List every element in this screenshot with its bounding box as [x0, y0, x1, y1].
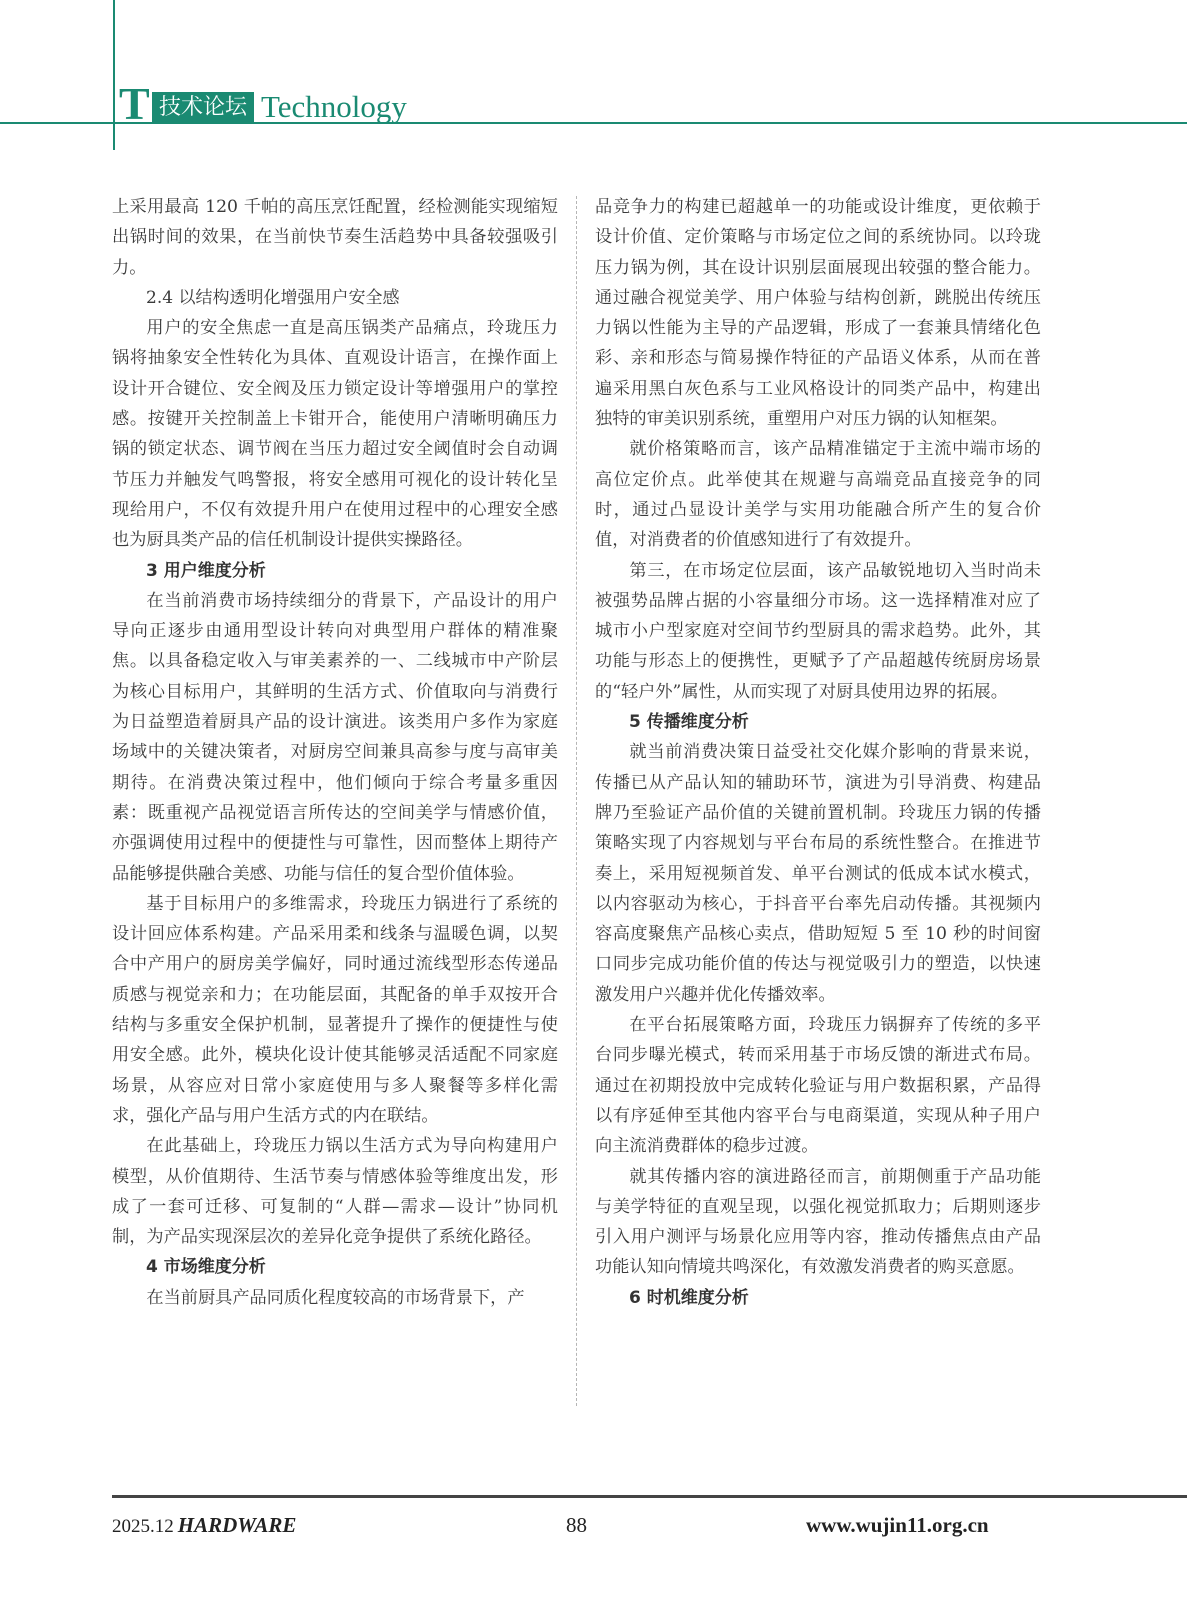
paragraph: 就其传播内容的演进路径而言，前期侧重于产品功能与美学特征的直观呈现，以强化视觉抓…	[595, 1162, 1041, 1283]
paragraph: 就当前消费决策日益受社交化媒介影响的背景来说，传播已从产品认知的辅助环节，演进为…	[595, 737, 1041, 1010]
paragraph: 在平台拓展策略方面，玲珑压力锅摒弃了传统的多平台同步曝光模式，转而采用基于市场反…	[595, 1010, 1041, 1161]
column-logo-letter: T	[119, 84, 150, 124]
issue-date: 2025.12	[112, 1516, 174, 1537]
paragraph: 在此基础上，玲珑压力锅以生活方式为导向构建用户模型，从价值期待、生活节奏与情感体…	[112, 1131, 558, 1252]
column-divider	[576, 196, 577, 1406]
footer-rule	[112, 1495, 1187, 1498]
paragraph: 在当前厨具产品同质化程度较高的市场背景下，产	[112, 1283, 558, 1313]
subsection-heading: 2.4 以结构透明化增强用户安全感	[112, 283, 558, 313]
paragraph: 第三，在市场定位层面，该产品敏锐地切入当时尚未被强势品牌占据的小容量细分市场。这…	[595, 556, 1041, 707]
paragraph: 在当前消费市场持续细分的背景下，产品设计的用户导向正逐步由通用型设计转向对典型用…	[112, 586, 558, 889]
right-text-column: 品竞争力的构建已超越单一的功能或设计维度，更依赖于设计价值、定价策略与市场定位之…	[595, 192, 1041, 1313]
column-name-cn: 技术论坛	[152, 92, 254, 123]
section-heading: 5 传播维度分析	[595, 707, 1041, 737]
paragraph: 上采用最高 120 千帕的高压烹饪配置，经检测能实现缩短出锅时间的效果，在当前快…	[112, 192, 558, 283]
section-heading: 6 时机维度分析	[595, 1283, 1041, 1313]
footer-issue: 2025.12HARDWARE	[112, 1512, 296, 1540]
paragraph: 基于目标用户的多维需求，玲珑压力锅进行了系统的设计回应体系构建。产品采用柔和线条…	[112, 889, 558, 1131]
paragraph: 用户的安全焦虑一直是高压锅类产品痛点，玲珑压力锅将抽象安全性转化为具体、直观设计…	[112, 313, 558, 555]
header-vertical-rule	[113, 0, 115, 150]
paragraph: 就价格策略而言，该产品精准锚定于主流中端市场的高位定价点。此举使其在规避与高端竞…	[595, 434, 1041, 555]
paragraph: 品竞争力的构建已超越单一的功能或设计维度，更依赖于设计价值、定价策略与市场定位之…	[595, 192, 1041, 434]
section-heading: 3 用户维度分析	[112, 556, 558, 586]
footer-website[interactable]: www.wujin11.org.cn	[806, 1512, 989, 1538]
column-name-en: Technology	[261, 89, 407, 125]
magazine-name: HARDWARE	[178, 1513, 297, 1537]
left-text-column: 上采用最高 120 千帕的高压烹饪配置，经检测能实现缩短出锅时间的效果，在当前快…	[112, 192, 558, 1313]
section-heading: 4 市场维度分析	[112, 1252, 558, 1282]
page-number: 88	[566, 1512, 587, 1538]
